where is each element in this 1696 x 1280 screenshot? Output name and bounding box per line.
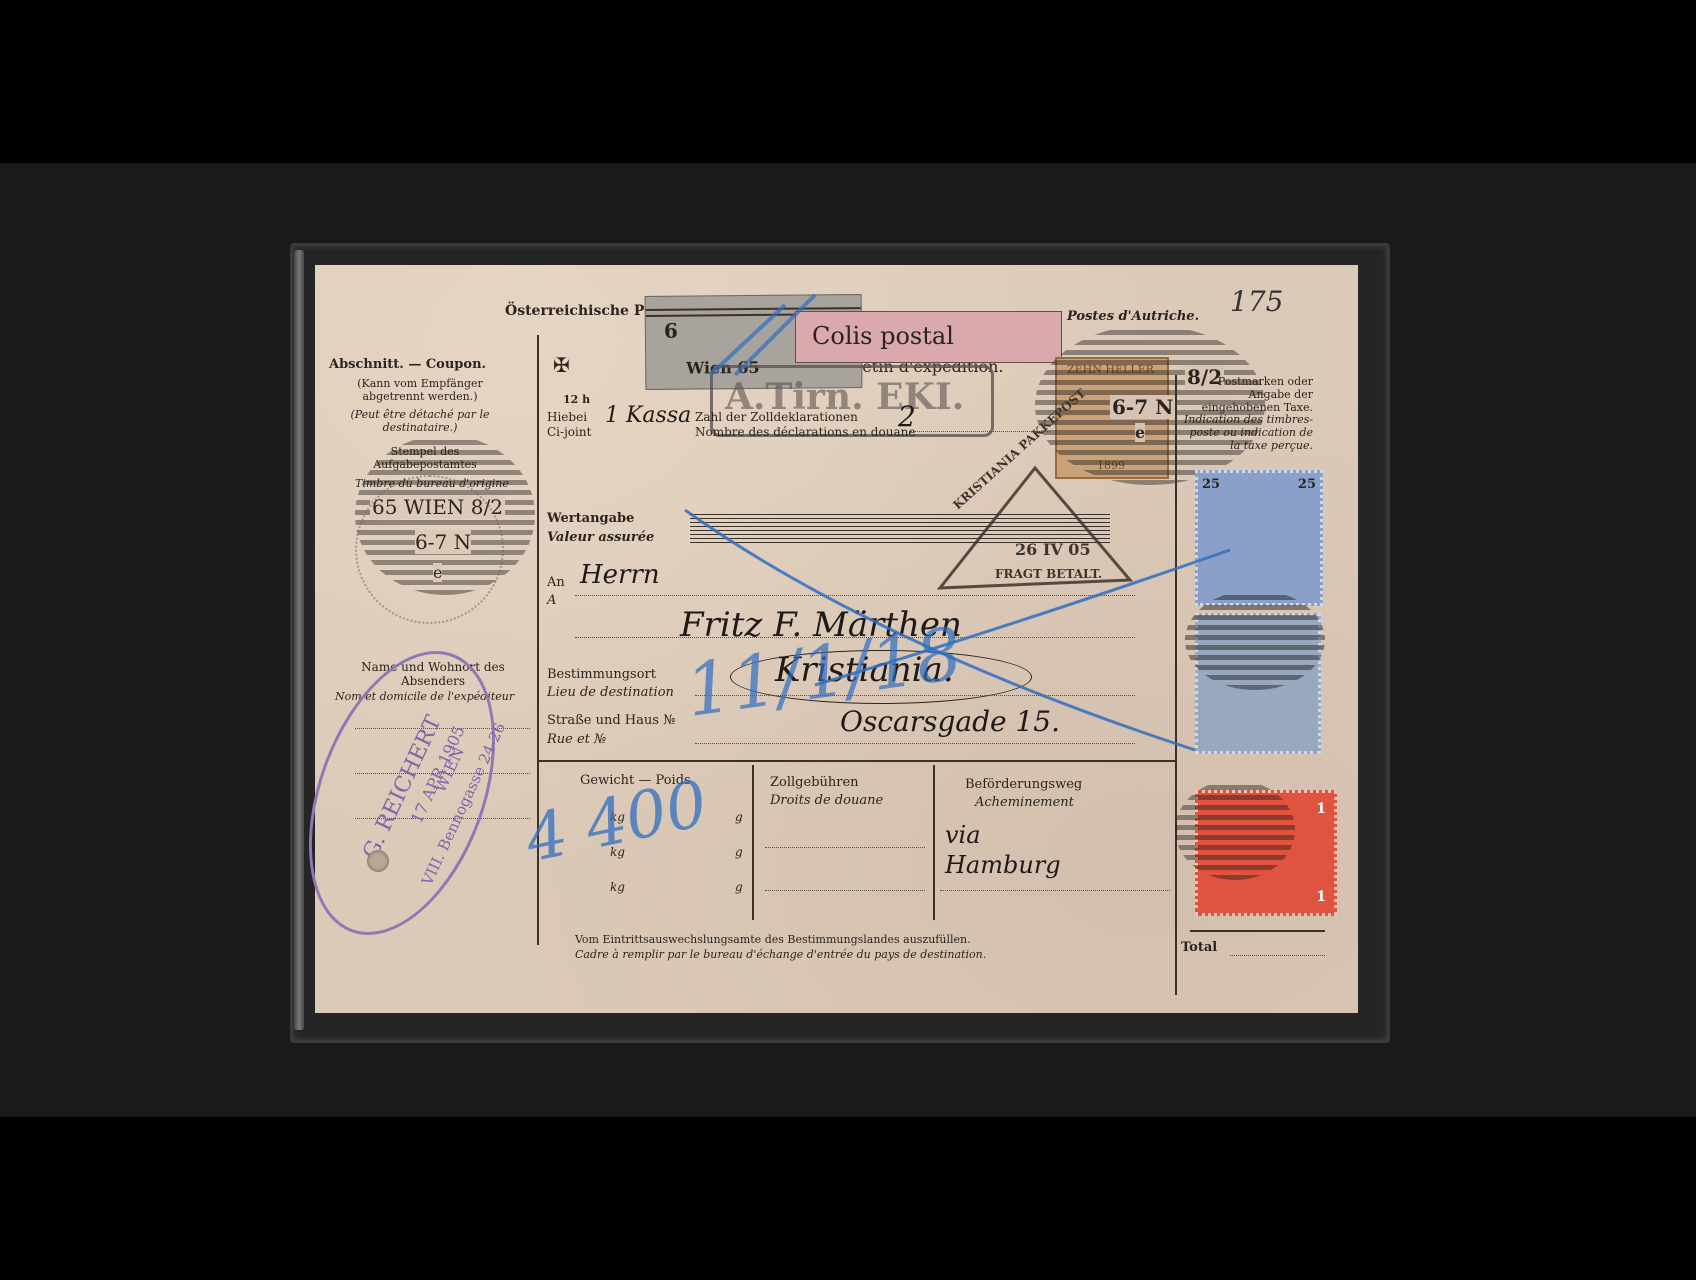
parcel-card: Österreichische Post Postes d'Autriche. …: [315, 265, 1358, 1013]
sleeve-edge: [294, 250, 304, 1030]
